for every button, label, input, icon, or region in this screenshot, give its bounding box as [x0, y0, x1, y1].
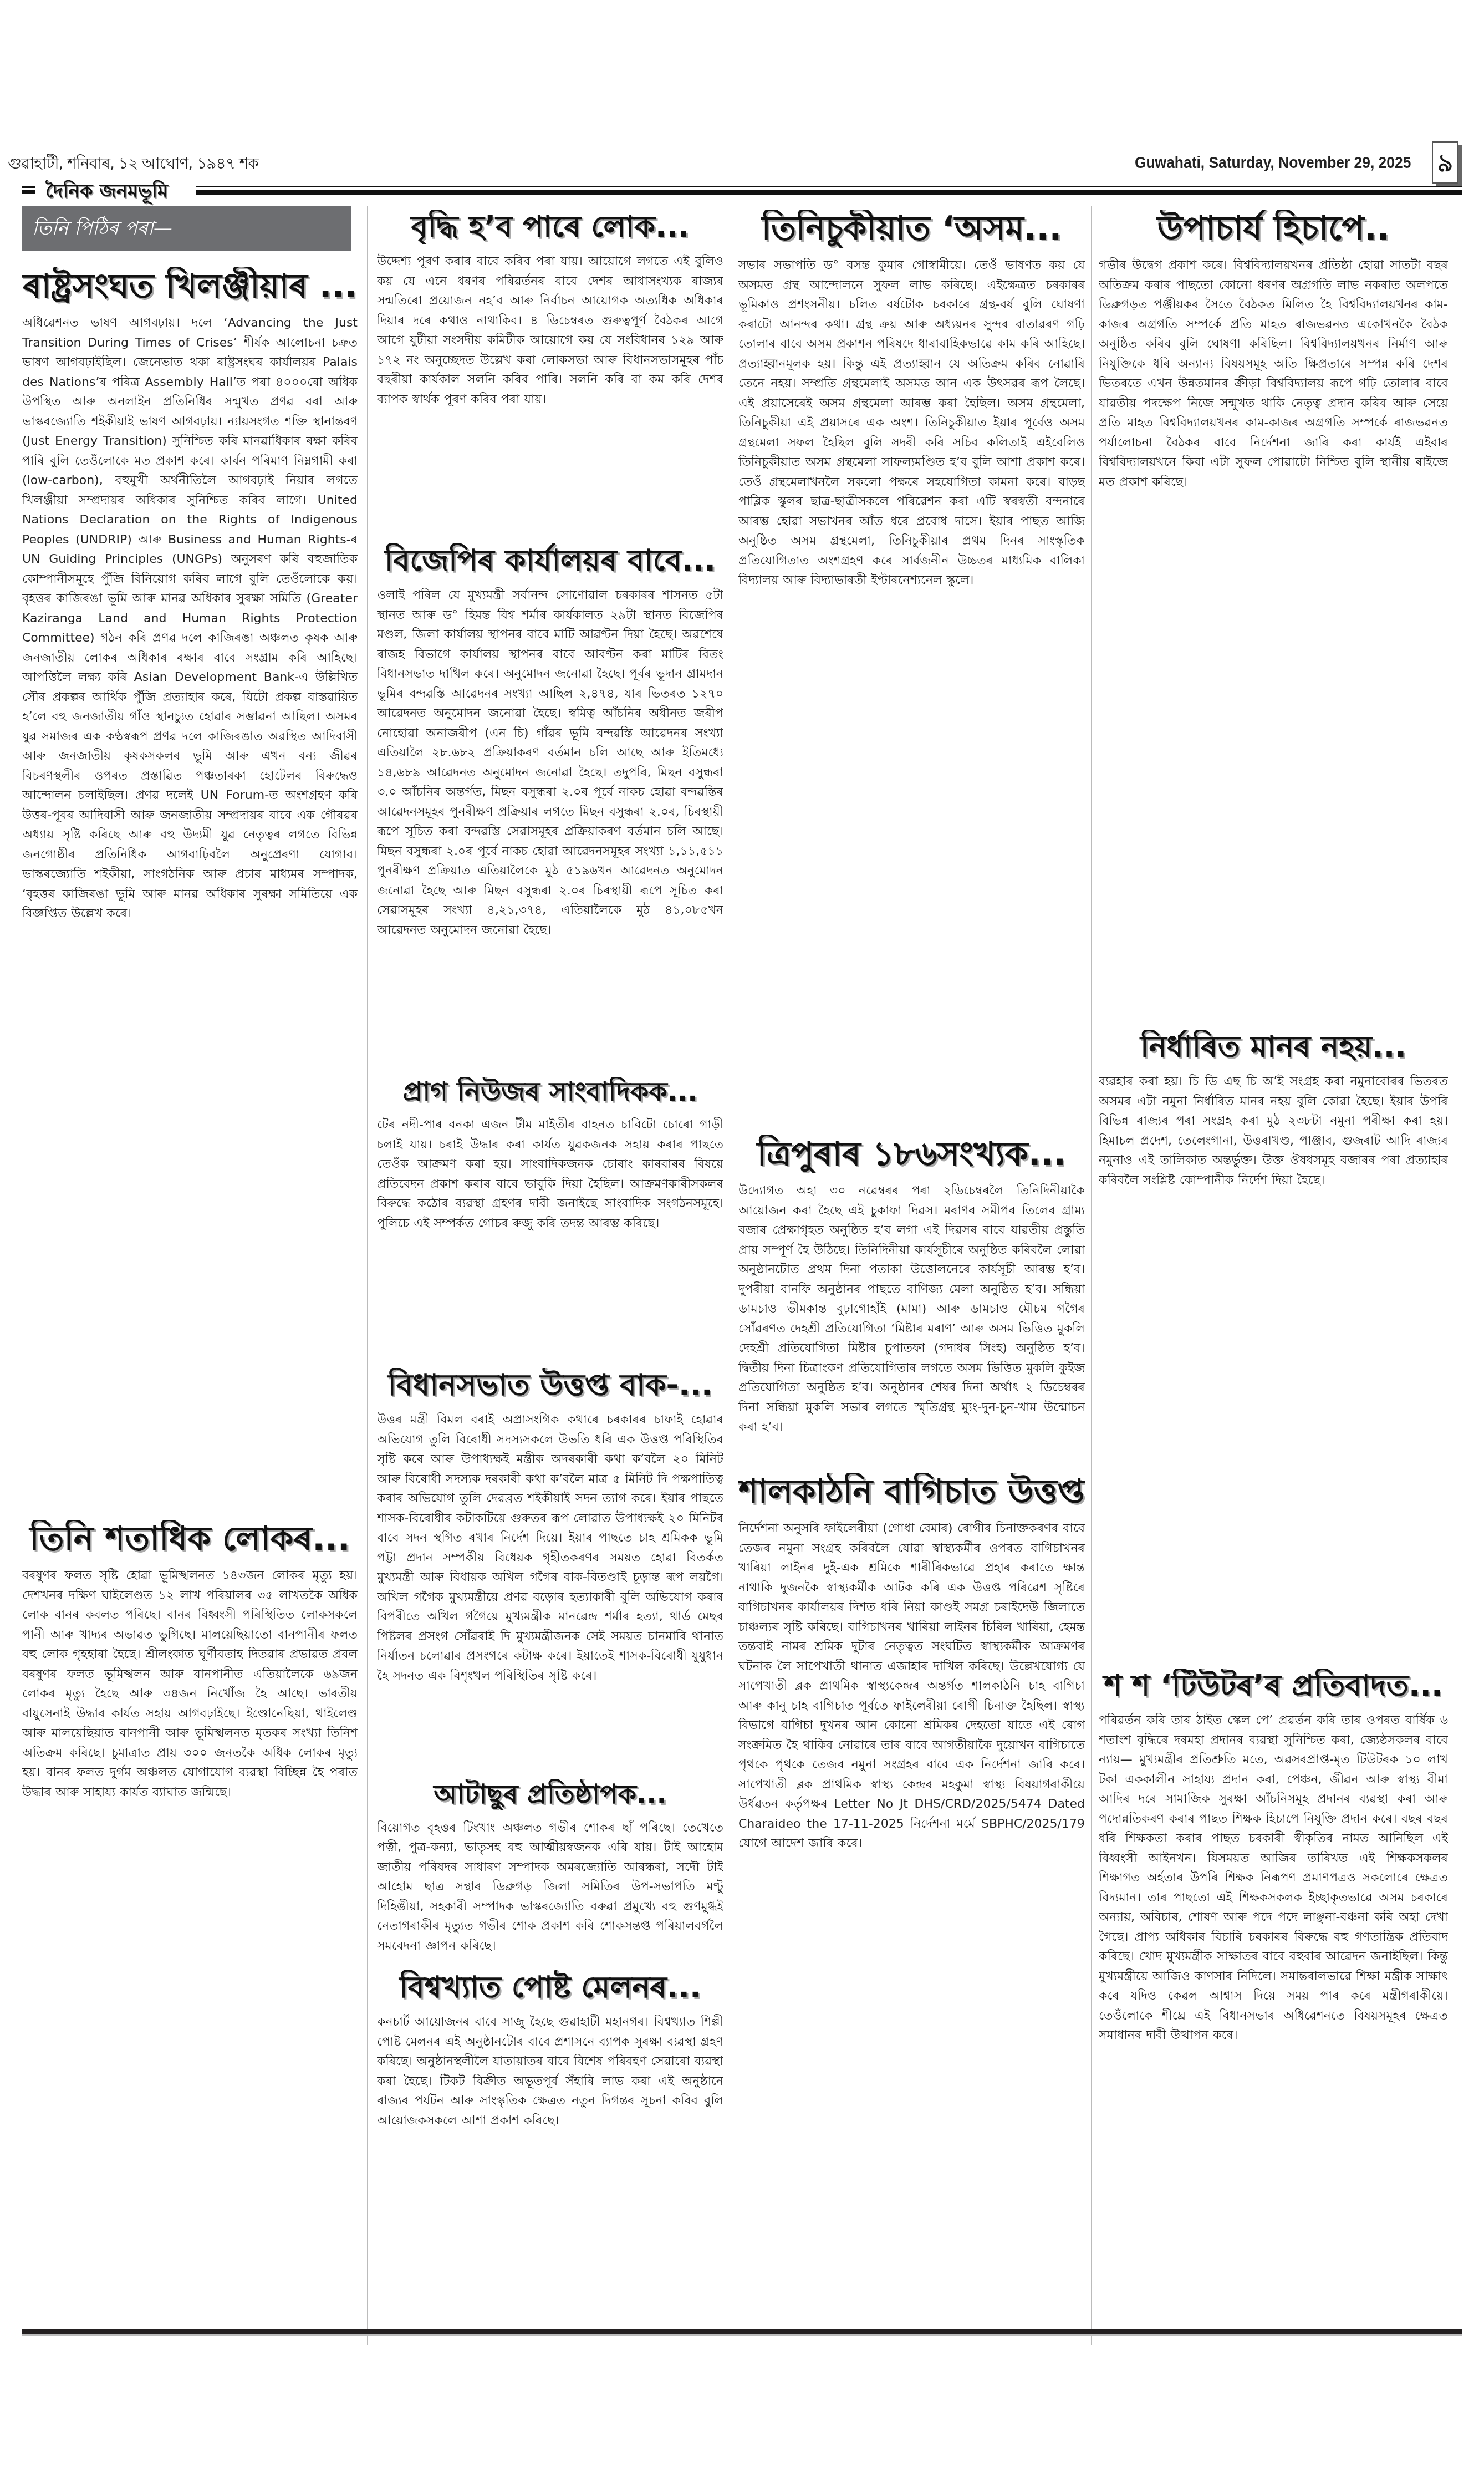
headline: নিৰ্ধাৰিত মানৰ নহয়... [1099, 1030, 1448, 1064]
footer-rule [22, 2329, 1462, 2336]
headline: তিনি শতাধিক লোকৰ... [22, 1520, 358, 1558]
headline: উপাচাৰ্য হিচাপে.. [1099, 210, 1448, 248]
masthead-title: দৈনিক জনমভূমি [41, 177, 172, 208]
story-vice-chancellor: উপাচাৰ্য হিচাপে.. গভীৰ উদ্বেগ প্ৰকাশ কৰে… [1099, 210, 1448, 1015]
story-body: বিয়োগত বৃহত্তৰ টিংখাং অঞ্চলত গভীৰ শোকৰ … [377, 1818, 723, 1956]
headline: আটাছুৰ প্ৰতিষ্ঠাপক... [377, 1779, 723, 1810]
story-body: অধিৱেশনত ভাষণ আগবঢ়ায়। দলে ‘Advancing t… [22, 313, 358, 1505]
page-header: গুৱাহাটী, শনিবাৰ, ১২ আঘোণ, ১৯৪৭ শক Guwah… [8, 141, 1462, 180]
story-population-growth: বৃদ্ধি হ’ব পাৰে লোক... উদ্দেশ্য পূৰণ কৰা… [377, 210, 723, 529]
story-body: উত্তৰ মন্ত্ৰী বিমল বৰাই অপ্ৰাসংগিক কথাৰে… [377, 1410, 723, 1765]
headline: তিনিচুকীয়াত ‘অসম... [738, 210, 1085, 248]
story-body: সভাৰ সভাপতি ড° বসন্ত কুমাৰ গোস্বামীয়ে। … [738, 256, 1085, 1121]
column-divider [1091, 206, 1092, 2345]
headline: শ শ ‘টিউটৰ’ৰ প্ৰতিবাদত... [1099, 1669, 1448, 1703]
column-3: তিনিচুকীয়াত ‘অসম... সভাৰ সভাপতি ড° বসন্… [738, 206, 1085, 2345]
story-prag-news-journalist: প্ৰাগ নিউজৰ সাংবাদিকক... টেৰ নদী-পাৰ বনক… [377, 1077, 723, 1354]
page-number: ৯ [1432, 141, 1458, 184]
headline: শালকাঠনি বাগিচাত উত্তপ্ত... [738, 1473, 1085, 1511]
column-divider [731, 206, 731, 2345]
column-4: উপাচাৰ্য হিচাপে.. গভীৰ উদ্বেগ প্ৰকাশ কৰে… [1099, 206, 1448, 2345]
story-substandard-drugs: নিৰ্ধাৰিত মানৰ নহয়... ব্যৱহাৰ কৰা হয়। … [1099, 1030, 1448, 1654]
headline: ত্ৰিপুৰাৰ ১৮৬সংখ্যক... [738, 1135, 1085, 1173]
date-assamese: গুৱাহাটী, শনিবাৰ, ১২ আঘোণ, ১৯৪৭ শক [8, 151, 258, 177]
masthead-rule-right [196, 186, 1462, 195]
story-body: গভীৰ উদ্বেগ প্ৰকাশ কৰে। বিশ্ববিদ্যালয়খন… [1099, 256, 1448, 1015]
story-body: ওলাই পৰিল যে মুখ্যমন্ত্ৰী সৰ্বানন্দ সোণো… [377, 586, 723, 1062]
date-english: Guwahati, Saturday, November 29, 2025 [1135, 154, 1411, 172]
masthead-rule-left [22, 186, 35, 194]
headline: প্ৰাগ নিউজৰ সাংবাদিকক... [377, 1077, 723, 1107]
column-2: বৃদ্ধি হ’ব পাৰে লোক... উদ্দেশ্য পূৰণ কৰা… [377, 206, 723, 2345]
story-body: ব্যৱহাৰ কৰা হয়। চি ডি এছ চি অ’ই সংগ্ৰহ … [1099, 1072, 1448, 1654]
headline: বৃদ্ধি হ’ব পাৰে লোক... [377, 210, 723, 244]
story-three-hundred-people: তিনি শতাধিক লোকৰ... বৰষুণৰ ফলত সৃষ্টি হো… [22, 1520, 358, 1802]
headline: বিজেপিৰ কাৰ্যালয়ৰ বাবে... [377, 543, 723, 578]
story-post-malone: বিশ্বখ্যাত পোষ্ট মেলনৰ... কনচাৰ্ট আয়োজন… [377, 1970, 723, 2130]
story-tinsukia-book-fair: তিনিচুকীয়াত ‘অসম... সভাৰ সভাপতি ড° বসন্… [738, 210, 1085, 1121]
continued-from-page-three-banner: তিনি পিঠিৰ পৰা— [22, 206, 351, 251]
headline: বিশ্বখ্যাত পোষ্ট মেলনৰ... [377, 1970, 723, 2005]
story-bjp-office: বিজেপিৰ কাৰ্যালয়ৰ বাবে... ওলাই পৰিল যে … [377, 543, 723, 1062]
story-body: কনচাৰ্ট আয়োজনৰ বাবে সাজু হৈছে গুৱাহাটী … [377, 2012, 723, 2130]
story-atasu-founder: আটাছুৰ প্ৰতিষ্ঠাপক... বিয়োগত বৃহত্তৰ টি… [377, 1779, 723, 1956]
story-body: বৰষুণৰ ফলত সৃষ্টি হোৱা ভূমিস্খলনত ১৪৩জন … [22, 1566, 358, 1802]
column-1: তিনি পিঠিৰ পৰা— ৰাষ্ট্ৰসংঘত খিলঞ্জীয়াৰ … [22, 206, 358, 2345]
story-assembly-heated-debate: বিধানসভাত উত্তপ্ত বাক-... উত্তৰ মন্ত্ৰী … [377, 1368, 723, 1765]
story-body: টেৰ নদী-পাৰ বনকা এজন টীম মাইতীৰ বাহনত চা… [377, 1115, 723, 1354]
column-divider [367, 206, 368, 2345]
story-body: উদ্যোগত অহা ৩০ নৱেম্বৰৰ পৰা ২ডিচেম্বৰলৈ … [738, 1181, 1085, 1458]
masthead: দৈনিক জনমভূমি [8, 180, 1462, 200]
headline: বিধানসভাত উত্তপ্ত বাক-... [377, 1368, 723, 1402]
story-tripura-186th: ত্ৰিপুৰাৰ ১৮৬সংখ্যক... উদ্যোগত অহা ৩০ নৱ… [738, 1135, 1085, 1458]
story-un-indigenous: ৰাষ্ট্ৰসংঘত খিলঞ্জীয়াৰ ... অধিৱেশনত ভাষ… [22, 267, 358, 1505]
headline: ৰাষ্ট্ৰসংঘত খিলঞ্জীয়াৰ ... [22, 267, 358, 306]
story-tutors-protest: শ শ ‘টিউটৰ’ৰ প্ৰতিবাদত... পৰিৱৰ্তন কৰি ত… [1099, 1669, 1448, 2046]
story-body: উদ্দেশ্য পূৰণ কৰাৰ বাবে কৰিব পৰা যায়। আ… [377, 252, 723, 529]
story-salkathoni-garden: শালকাঠনি বাগিচাত উত্তপ্ত... নিৰ্দেশনা অন… [738, 1473, 1085, 1854]
story-body: পৰিৱৰ্তন কৰি তাৰ ঠাইত স্কেল পে’ প্ৰৱৰ্তন… [1099, 1711, 1448, 2046]
story-body: নিৰ্দেশনা অনুসৰি ফাইলেৰীয়া (গোধা বেমাৰ)… [738, 1519, 1085, 1854]
